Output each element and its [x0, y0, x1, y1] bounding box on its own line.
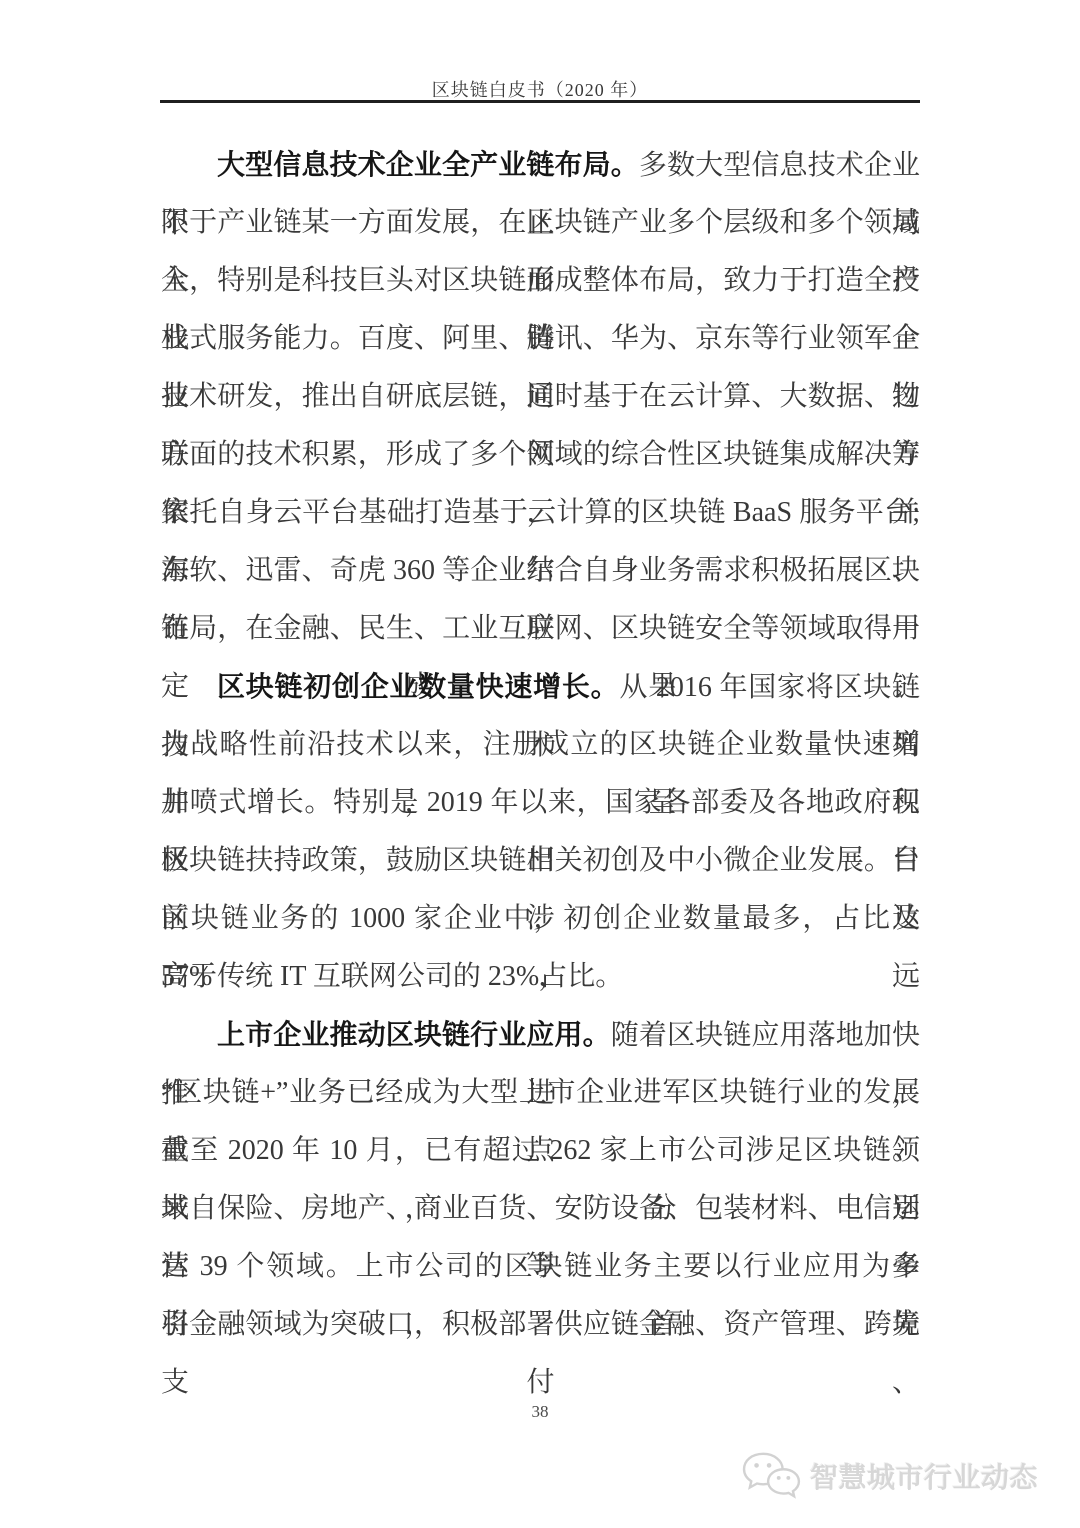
- text-line: “区块链+”业务已经成为大型上市企业进军区块链行业的发展重点。: [161, 1064, 920, 1122]
- text-line: 井喷式增长。特别是 2019 年以来，国家各部委及各地政府积极出台: [161, 774, 920, 832]
- text-line: 入，特别是科技巨头对区块链形成整体布局，致力于打造全产业链全: [161, 252, 920, 310]
- text-line: 限于产业链某一方面发展，在区块链产业多个层级和多个领域全面投: [161, 194, 920, 252]
- text-line: 大型信息技术企业全产业链布局。多数大型信息技术企业不止局: [161, 136, 920, 194]
- header-divider: [160, 100, 920, 103]
- watermark: 智慧城市行业动态: [740, 1450, 1038, 1502]
- paragraph-lead: 区块链初创企业数量快速增长。: [217, 671, 619, 702]
- paragraph-lead: 上市企业推动区块链行业应用。: [217, 1019, 611, 1050]
- running-header: 区块链白皮书（2020 年）: [0, 76, 1080, 102]
- text-line: 达 39 个领域。上市公司的区块链业务主要以行业应用为牵引，首先: [161, 1238, 920, 1296]
- text-line: 方面的技术积累，形成了多个领域的综合性区块链集成解决方案，并: [161, 426, 920, 484]
- text-line: 区块链业务的 1000 家企业中，初创企业数量最多，占比达 57%，远: [161, 890, 920, 948]
- text-line: 将金融领域为突破口，积极部署供应链金融、资产管理、跨境支付、: [161, 1296, 920, 1354]
- wechat-bubbles-icon: [740, 1450, 802, 1502]
- text-line: 截至 2020 年 10 月，已有超过 262 家上市公司涉足区块链领域，分别: [161, 1122, 920, 1180]
- document-page: 区块链白皮书（2020 年） 大型信息技术企业全产业链布局。多数大型信息技术企业…: [0, 0, 1080, 1528]
- text-line: 东软、迅雷、奇虎 360 等企业结合自身业务需求积极拓展区块链应用: [161, 542, 920, 600]
- text-line: 依托自身云平台基础打造基于云计算的区块链 BaaS 服务平台;海尔、: [161, 484, 920, 542]
- text-line: 栈式服务能力。百度、阿里、腾讯、华为、京东等行业领军企业通过: [161, 310, 920, 368]
- body-text: 大型信息技术企业全产业链布局。多数大型信息技术企业不止局 限于产业链某一方面发展…: [161, 136, 920, 1354]
- text-line: 来自保险、房地产、商业百货、安防设备、包装材料、电信运营等多: [161, 1180, 920, 1238]
- watermark-label: 智慧城市行业动态: [810, 1456, 1038, 1496]
- paragraph-lead: 大型信息技术企业全产业链布局。: [217, 149, 639, 180]
- text-line: 布局，在金融、民生、工业互联网、区块链安全等领域取得一定成果。: [161, 600, 920, 658]
- page-number: 38: [0, 1402, 1080, 1422]
- text-line: 区块链初创企业数量快速增长。从 2016 年国家将区块链技术列: [161, 658, 920, 716]
- text-line: 技术研发，推出自研底层链，同时基于在云计算、大数据、物联网等: [161, 368, 920, 426]
- text-line: 区块链扶持政策，鼓励区块链相关初创及中小微企业发展。目前涉及: [161, 832, 920, 890]
- text-line: 为战略性前沿技术以来，注册成立的区块链企业数量快速增加，呈现: [161, 716, 920, 774]
- text-line: 上市企业推动区块链行业应用。随着区块链应用落地加快推进，: [161, 1006, 920, 1064]
